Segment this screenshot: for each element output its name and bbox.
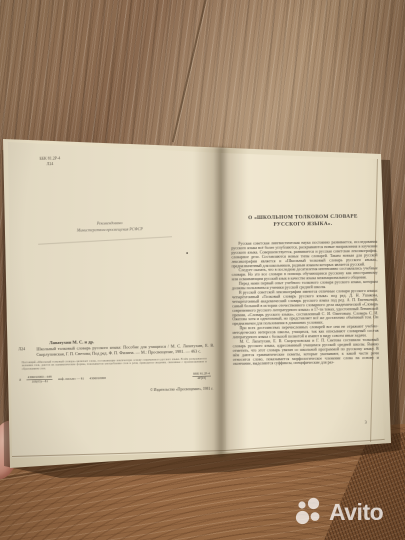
preface-title: О «ШКОЛЬНОМ ТОЛКОВОМ СЛОВАРЕ РУССКОГО ЯЗ… xyxy=(230,213,376,229)
page-speck xyxy=(186,252,188,254)
catalog-fraction: 4306010000—648 103(03)—81 xyxy=(27,375,53,384)
right-page-content: О «ШКОЛЬНОМ ТОЛКОВОМ СЛОВАРЕ РУССКОГО ЯЗ… xyxy=(222,152,386,454)
bbk-code-block: ББК 81.2Р-4 Л24 xyxy=(32,156,67,167)
catalog-index: Л24 xyxy=(18,346,36,357)
bbk-fraction: ББК 81.2Р-4 4Р(03) xyxy=(192,372,211,380)
avito-wordmark: Avito xyxy=(329,501,383,524)
catalog-numbers-row: Л 4306010000—648 103(03)—81 инф. письмо … xyxy=(19,372,215,384)
catalog-note: инф. письмо — 81 xyxy=(58,377,84,381)
catalog-card: Лапатухин М. С. и др. Л24 Школьный толко… xyxy=(18,337,215,395)
page-number: 3 xyxy=(365,420,367,425)
catalog-fraction-bottom: 103(03)—81 xyxy=(27,379,53,383)
bbk-index: Л24 xyxy=(32,161,67,167)
annotation-text: Настоящий «Школьный толковый словарь» вк… xyxy=(22,357,207,371)
copyright-line: © Издательство «Просвещение», 1981 г. xyxy=(19,386,215,395)
catalog-number: 4306010000 xyxy=(89,376,106,380)
bibliographic-record: Школьный толковый словарь русского языка… xyxy=(36,343,214,358)
catalog-prefix: Л xyxy=(19,378,21,382)
avito-logo-icon xyxy=(294,497,326,527)
preface-paragraph: В русской советской лексикографии имеютс… xyxy=(232,289,378,327)
preface-body: Русская советская лингвистическая наука … xyxy=(231,240,379,367)
preface-paragraph: Русская советская лингвистическая наука … xyxy=(231,240,377,269)
ministry-stamp: Рекомендовано Министерством просвещения … xyxy=(25,218,195,235)
left-page-content: ББК 81.2Р-4 Л24 Рекомендовано Министерст… xyxy=(8,138,229,458)
preface-paragraph: М. С. Лапатухин, Е. В. Скорлуповская и Г… xyxy=(233,338,379,367)
bbk-fraction-bottom: 4Р(03) xyxy=(192,376,211,380)
pencil-smudge xyxy=(38,236,172,244)
listing-photo: ББК 81.2Р-4 Л24 Рекомендовано Министерст… xyxy=(0,0,405,540)
avito-watermark: Avito xyxy=(294,491,405,533)
